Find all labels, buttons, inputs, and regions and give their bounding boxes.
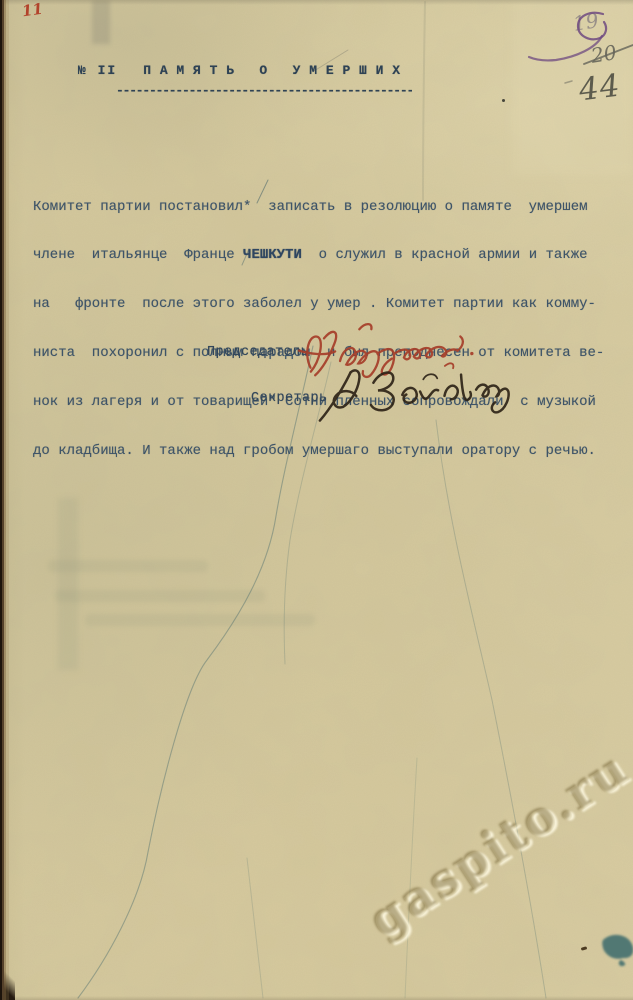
person-name: ЧЕШКУТИ: [243, 247, 302, 263]
body-line: на фронте после этого заболел у умер . К…: [33, 296, 617, 312]
body-line-segment: члене итальянце Франце: [33, 247, 243, 263]
body-line-segment: о служил в красной армии и также: [302, 247, 588, 263]
scan-edge-top: [0, 0, 633, 5]
document-page: № II П А М Я Т Ь О У М Е Р Ш И Х -------…: [0, 0, 633, 1000]
ink-smudge: [593, 928, 633, 968]
scan-edge-left: [0, 0, 9, 1000]
body-line: члене итальянце Франце ЧЕШКУТИ о служил …: [33, 247, 617, 263]
strike-marks: [0, 0, 633, 130]
scan-edge-bottom: [0, 996, 633, 1000]
body-line: Комитет партии постановил* записать в ре…: [33, 199, 617, 215]
ink-speck: [502, 99, 505, 102]
secretary-signature: [314, 351, 513, 428]
body-line: до кладбища. И также над гробом умершаго…: [33, 443, 617, 459]
